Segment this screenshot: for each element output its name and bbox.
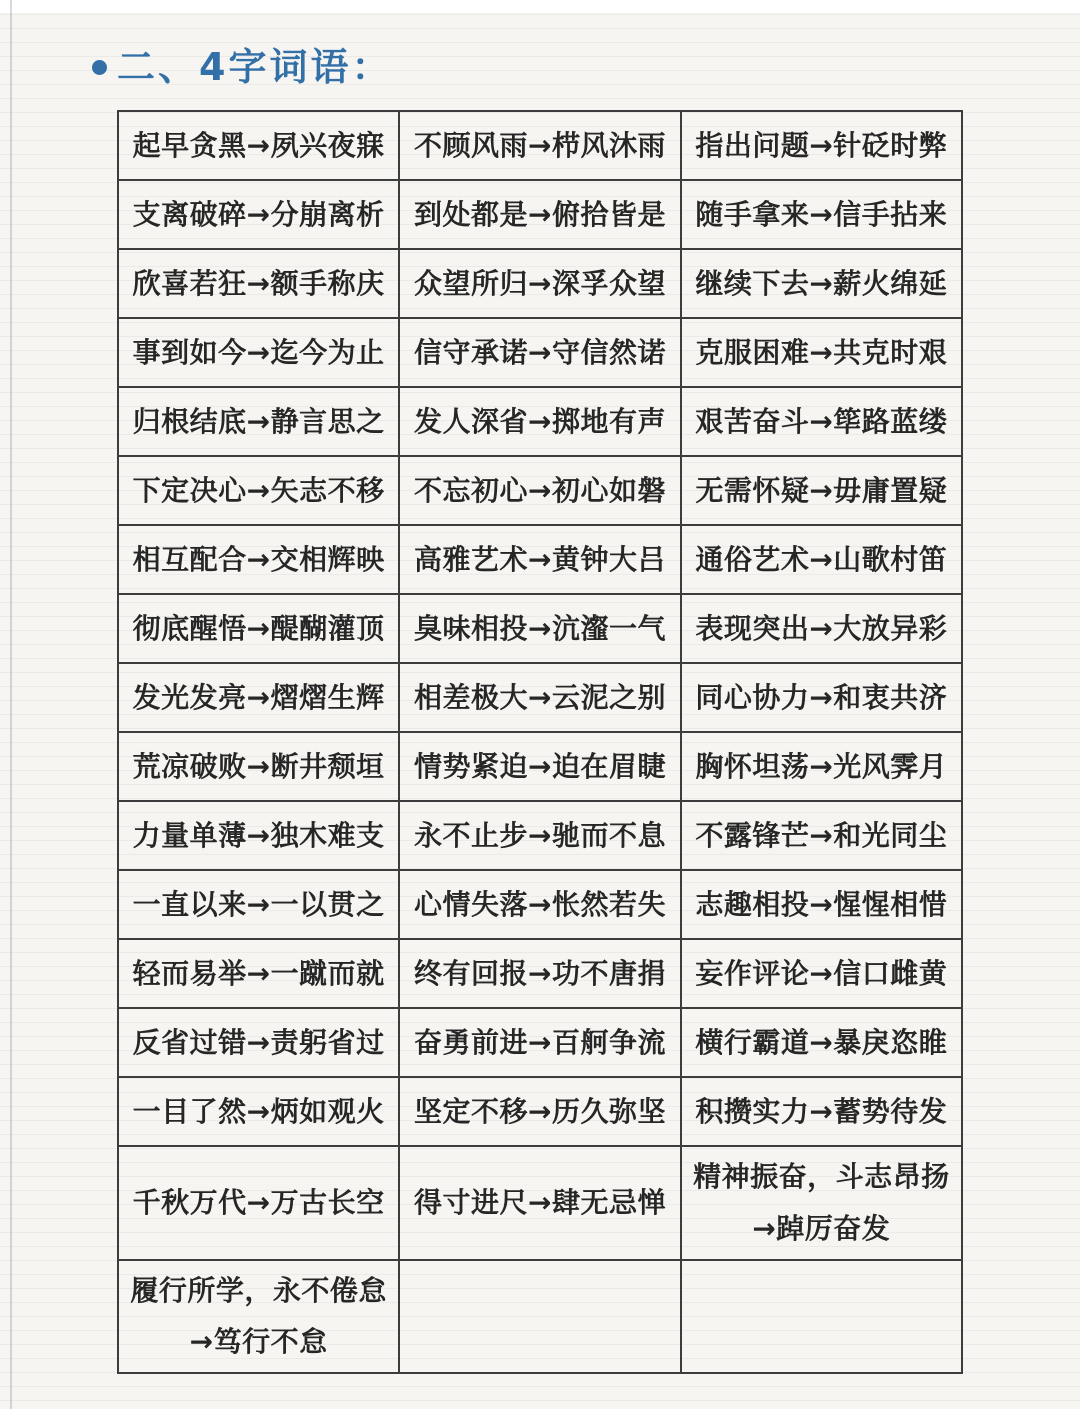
table-cell: 到处都是→俯拾皆是 <box>399 180 680 249</box>
table-cell: 奋勇前进→百舸争流 <box>399 1008 680 1077</box>
table-cell: 欣喜若狂→额手称庆 <box>118 249 399 318</box>
table-cell: 表现突出→大放异彩 <box>681 594 962 663</box>
table-row: 千秋万代→万古长空得寸进尺→肆无忌惮精神振奋，斗志昂扬→踔厉奋发 <box>118 1146 962 1260</box>
table-cell: 妄作评论→信口雌黄 <box>681 939 962 1008</box>
table-cell: 相互配合→交相辉映 <box>118 525 399 594</box>
table-row: 欣喜若狂→额手称庆众望所归→深孚众望继续下去→薪火绵延 <box>118 249 962 318</box>
table-row: 一目了然→炳如观火坚定不移→历久弥坚积攒实力→蓄势待发 <box>118 1077 962 1146</box>
table-cell: 信守承诺→守信然诺 <box>399 318 680 387</box>
idiom-table-body: 起早贪黑→夙兴夜寐不顾风雨→栉风沐雨指出问题→针砭时弊支离破碎→分崩离析到处都是… <box>118 111 962 1373</box>
table-cell <box>399 1260 680 1374</box>
table-row: 轻而易举→一蹴而就终有回报→功不唐捐妄作评论→信口雌黄 <box>118 939 962 1008</box>
table-cell: 胸怀坦荡→光风霁月 <box>681 732 962 801</box>
table-row: 相互配合→交相辉映高雅艺术→黄钟大吕通俗艺术→山歌村笛 <box>118 525 962 594</box>
table-cell: 无需怀疑→毋庸置疑 <box>681 456 962 525</box>
table-cell: 永不止步→驰而不息 <box>399 801 680 870</box>
table-cell: 履行所学，永不倦怠→笃行不怠 <box>118 1260 399 1374</box>
table-cell: 下定决心→矢志不移 <box>118 456 399 525</box>
table-cell: 支离破碎→分崩离析 <box>118 180 399 249</box>
table-row: 支离破碎→分崩离析到处都是→俯拾皆是随手拿来→信手拈来 <box>118 180 962 249</box>
table-cell: 归根结底→静言思之 <box>118 387 399 456</box>
table-row: 履行所学，永不倦怠→笃行不怠 <box>118 1260 962 1374</box>
table-cell: 坚定不移→历久弥坚 <box>399 1077 680 1146</box>
table-cell: 继续下去→薪火绵延 <box>681 249 962 318</box>
table-cell: 志趣相投→惺惺相惜 <box>681 870 962 939</box>
table-cell: 彻底醒悟→醍醐灌顶 <box>118 594 399 663</box>
table-cell: 反省过错→责躬省过 <box>118 1008 399 1077</box>
table-row: 力量单薄→独木难支永不止步→驰而不息不露锋芒→和光同尘 <box>118 801 962 870</box>
table-row: 下定决心→矢志不移不忘初心→初心如磐无需怀疑→毋庸置疑 <box>118 456 962 525</box>
table-cell: 轻而易举→一蹴而就 <box>118 939 399 1008</box>
table-row: 归根结底→静言思之发人深省→掷地有声艰苦奋斗→筚路蓝缕 <box>118 387 962 456</box>
table-row: 起早贪黑→夙兴夜寐不顾风雨→栉风沐雨指出问题→针砭时弊 <box>118 111 962 180</box>
idiom-table: 起早贪黑→夙兴夜寐不顾风雨→栉风沐雨指出问题→针砭时弊支离破碎→分崩离析到处都是… <box>117 110 963 1374</box>
table-cell: 心情失落→怅然若失 <box>399 870 680 939</box>
table-row: 反省过错→责躬省过奋勇前进→百舸争流横行霸道→暴戾恣睢 <box>118 1008 962 1077</box>
page-title: 二、4字词语： <box>117 48 392 86</box>
table-cell: 发人深省→掷地有声 <box>399 387 680 456</box>
table-cell: 不露锋芒→和光同尘 <box>681 801 962 870</box>
table-cell: 千秋万代→万古长空 <box>118 1146 399 1260</box>
table-cell: 力量单薄→独木难支 <box>118 801 399 870</box>
table-cell: 一目了然→炳如观火 <box>118 1077 399 1146</box>
table-cell: 情势紧迫→迫在眉睫 <box>399 732 680 801</box>
table-cell: 起早贪黑→夙兴夜寐 <box>118 111 399 180</box>
page-top-margin <box>0 0 1080 13</box>
table-cell: 同心协力→和衷共济 <box>681 663 962 732</box>
table-row: 荒凉破败→断井颓垣情势紧迫→迫在眉睫胸怀坦荡→光风霁月 <box>118 732 962 801</box>
table-row: 彻底醒悟→醍醐灌顶臭味相投→沆瀣一气表现突出→大放异彩 <box>118 594 962 663</box>
table-cell: 高雅艺术→黄钟大吕 <box>399 525 680 594</box>
table-cell <box>681 1260 962 1374</box>
table-row: 发光发亮→熠熠生辉相差极大→云泥之别同心协力→和衷共济 <box>118 663 962 732</box>
table-cell: 横行霸道→暴戾恣睢 <box>681 1008 962 1077</box>
bullet-icon <box>92 60 107 75</box>
table-cell: 众望所归→深孚众望 <box>399 249 680 318</box>
table-cell: 一直以来→一以贯之 <box>118 870 399 939</box>
page-left-rule <box>10 0 12 1409</box>
table-cell: 得寸进尺→肆无忌惮 <box>399 1146 680 1260</box>
table-cell: 荒凉破败→断井颓垣 <box>118 732 399 801</box>
table-cell: 随手拿来→信手拈来 <box>681 180 962 249</box>
table-row: 一直以来→一以贯之心情失落→怅然若失志趣相投→惺惺相惜 <box>118 870 962 939</box>
table-cell: 通俗艺术→山歌村笛 <box>681 525 962 594</box>
table-cell: 艰苦奋斗→筚路蓝缕 <box>681 387 962 456</box>
table-cell: 终有回报→功不唐捐 <box>399 939 680 1008</box>
table-cell: 事到如今→迄今为止 <box>118 318 399 387</box>
table-cell: 不顾风雨→栉风沐雨 <box>399 111 680 180</box>
table-cell: 发光发亮→熠熠生辉 <box>118 663 399 732</box>
table-cell: 指出问题→针砭时弊 <box>681 111 962 180</box>
table-cell: 精神振奋，斗志昂扬→踔厉奋发 <box>681 1146 962 1260</box>
table-cell: 臭味相投→沆瀣一气 <box>399 594 680 663</box>
table-cell: 不忘初心→初心如磐 <box>399 456 680 525</box>
section-heading: 二、4字词语： <box>92 48 392 86</box>
table-cell: 相差极大→云泥之别 <box>399 663 680 732</box>
table-cell: 克服困难→共克时艰 <box>681 318 962 387</box>
table-row: 事到如今→迄今为止信守承诺→守信然诺克服困难→共克时艰 <box>118 318 962 387</box>
table-cell: 积攒实力→蓄势待发 <box>681 1077 962 1146</box>
